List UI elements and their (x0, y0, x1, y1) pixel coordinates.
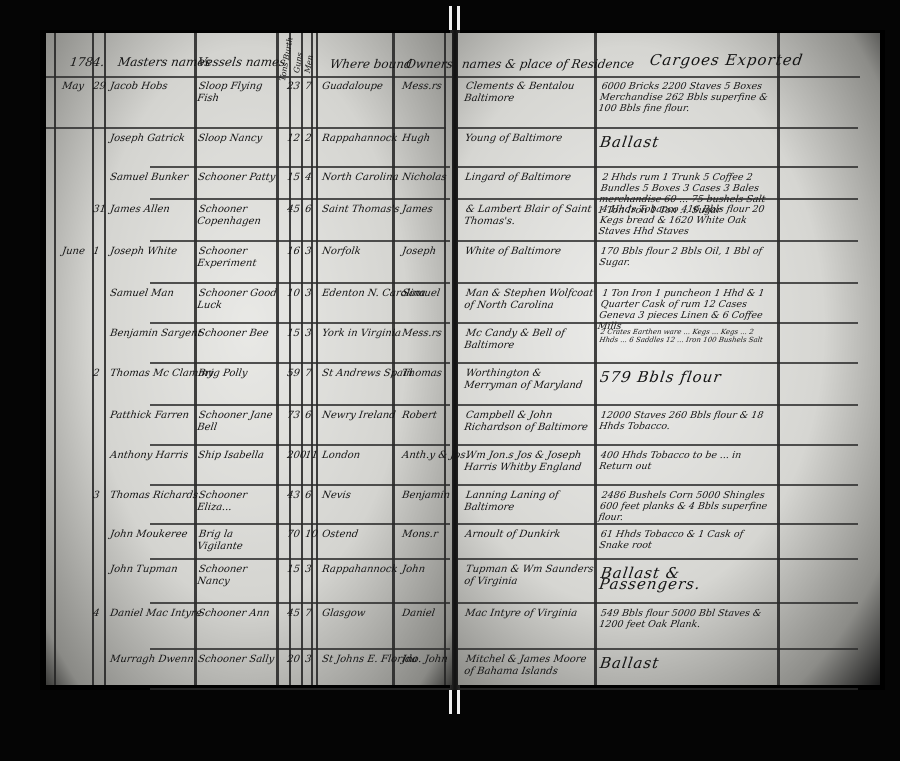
cell-bound: Ostend (321, 529, 403, 541)
cell-bound: York in Virginia (321, 328, 403, 340)
cell-men: 6 (304, 410, 316, 422)
cell-tons: 16 (286, 246, 302, 258)
cell-owner: Thomas (401, 368, 451, 380)
header-rule (46, 76, 452, 78)
row-rule (150, 558, 450, 560)
cell-day: 2 (92, 368, 106, 380)
cell-bound: Guadaloupe (321, 81, 403, 93)
rule-month (54, 33, 56, 685)
cell-vessel: Schooner Jane Bell (196, 410, 279, 434)
cell-bound: London (321, 450, 403, 462)
cell-residence: Lanning Laning of Baltimore (463, 490, 594, 514)
row-rule-right (458, 444, 858, 446)
rule-cargo (777, 33, 780, 685)
ledger-book (40, 30, 885, 690)
cell-residence: Man & Stephen Wolfcoat of North Carolina (463, 288, 594, 312)
cell-bound: Rappahannock (321, 133, 403, 145)
cell-day: 29 (92, 81, 106, 93)
cell-bound: St Johns E. Florida (321, 654, 403, 666)
cell-master: Murragh Dwenn (109, 654, 191, 666)
cell-bound: Glasgow (321, 608, 403, 620)
row-rule (150, 648, 450, 650)
row-rule-right (458, 558, 858, 560)
row-rule (150, 282, 450, 284)
row-rule-right (458, 166, 858, 168)
cell-vessel: Sloop Flying Fish (196, 81, 279, 105)
cell-owner: Jno. John (401, 654, 451, 666)
cell-cargo: 4 Hhds Tobacco 416 Bbls flour 20 Kegs br… (598, 204, 773, 237)
row-rule (150, 240, 450, 242)
cell-cargo: Ballast & Passengers. (598, 568, 771, 590)
cell-men: 3 (304, 246, 316, 258)
cell-men: 3 (304, 288, 316, 300)
cell-master: Thomas Mc Clammy (109, 368, 191, 380)
header-where-bound: Where bound (329, 58, 413, 70)
cell-tons: 200 (286, 450, 302, 462)
page-marker-top-1 (449, 6, 452, 32)
cell-tons: 10 (286, 288, 302, 300)
cell-residence: Clements & Bentalou Baltimore (463, 81, 594, 105)
cell-tons: 15 (286, 172, 302, 184)
cell-owner: Mons.r (401, 529, 451, 541)
cell-vessel: Schooner Good Luck (196, 288, 279, 312)
cell-cargo: Ballast (599, 658, 771, 669)
cell-vessel: Sloop Nancy (197, 133, 279, 145)
row-rule-right (458, 484, 858, 486)
header-vessels-names: Vessels names (197, 56, 286, 68)
rule-owner (444, 33, 446, 685)
cell-men: 11 (304, 450, 316, 462)
row-rule-right (458, 688, 858, 690)
header-owners: Owners (405, 58, 454, 70)
cell-master: James Allen (109, 204, 191, 216)
cell-owner: Anth.y & Jos. (401, 450, 451, 462)
header-year: 1784. (69, 56, 105, 68)
cell-residence: Tupman & Wm Saunders of Virginia (463, 564, 594, 588)
cell-residence: Mc Candy & Bell of Baltimore (463, 328, 594, 352)
cell-bound: North Carolina (321, 172, 403, 184)
cell-tons: 59 (286, 368, 302, 380)
cell-cargo: 170 Bbls flour 2 Bbls Oil, 1 Bbl of Suga… (598, 246, 771, 268)
cell-tons: 23 (286, 81, 302, 93)
row-rule (150, 523, 450, 525)
cell-bound: Norfolk (321, 246, 403, 258)
row-rule-right (458, 322, 858, 324)
cell-bound: St Andrews Spain (321, 368, 403, 380)
row-rule (46, 127, 446, 129)
cell-bound: Rappahannock (321, 564, 403, 576)
row-rule-right (458, 523, 858, 525)
cell-vessel: Schooner Nancy (196, 564, 279, 588)
cell-men: 7 (304, 81, 316, 93)
row-rule-right (458, 282, 858, 284)
cell-cargo: Ballast (599, 137, 771, 148)
cell-day: 1 (92, 246, 106, 258)
cell-cargo: 400 Hhds Tobacco to be ... in Return out (598, 450, 771, 472)
cell-day: 31 (92, 204, 106, 216)
cell-residence: White of Baltimore (464, 246, 594, 258)
cell-master: John Moukeree (109, 529, 191, 541)
cell-master: Daniel Mac Intyre (109, 608, 191, 620)
cell-cargo: 2 Crates Earthen ware ... Kegs ... Kegs … (599, 328, 771, 344)
rule-bound (392, 33, 395, 685)
cell-vessel: Schooner Patty (197, 172, 279, 184)
cell-owner: Benjamin (401, 490, 451, 502)
cell-residence: Arnoult of Dunkirk (464, 529, 594, 541)
cell-master: Samuel Man (109, 288, 191, 300)
cell-day: 3 (92, 490, 106, 502)
cell-men: 7 (304, 368, 316, 380)
cell-master: Benjamin Sargent (109, 328, 191, 340)
cell-tons: 73 (286, 410, 302, 422)
row-rule-right (458, 602, 858, 604)
row-rule-right (458, 648, 858, 650)
cell-vessel: Schooner Bee (197, 328, 279, 340)
cell-owner: Mess.rs (401, 328, 451, 340)
cell-residence: & Lambert Blair of Saint Thomas's. (463, 204, 594, 228)
cell-tons: 70 (286, 529, 302, 541)
row-rule-right (458, 198, 858, 200)
row-rule (150, 166, 450, 168)
cell-owner: Mess.rs (401, 81, 451, 93)
cell-vessel: Schooner Copenhagen (196, 204, 279, 228)
cell-month: May (61, 81, 93, 93)
row-rule-right (458, 362, 858, 364)
cell-vessel: Brig la Vigilante (196, 529, 279, 553)
cell-vessel: Schooner Ann (197, 608, 279, 620)
cell-master: Joseph White (109, 246, 191, 258)
cell-vessel: Schooner Experiment (196, 246, 279, 270)
cell-tons: 15 (286, 564, 302, 576)
cell-bound: Saint Thomas's (321, 204, 403, 216)
cell-owner: Joseph (401, 246, 451, 258)
cell-owner: Hugh (401, 133, 451, 145)
cell-tons: 43 (286, 490, 302, 502)
cell-cargo: 549 Bbls flour 5000 Bbl Staves & 1200 fe… (598, 608, 771, 630)
row-rule-right (458, 404, 858, 406)
cell-residence: Worthington & Merryman of Maryland (463, 368, 594, 392)
cell-master: Joseph Gatrick (109, 133, 191, 145)
cell-residence: Wm Jon.s Jos & Joseph Harris Whitby Engl… (463, 450, 594, 474)
rule-men2 (316, 33, 318, 685)
cell-men: 10 (304, 529, 316, 541)
cell-men: 7 (304, 608, 316, 620)
cell-tons: 15 (286, 328, 302, 340)
cell-month: June (61, 246, 93, 258)
row-rule (150, 362, 450, 364)
cell-vessel: Ship Isabella (197, 450, 279, 462)
cell-tons: 45 (286, 204, 302, 216)
cell-owner: James (401, 204, 451, 216)
cell-tons: 20 (286, 654, 302, 666)
cell-tons: 45 (286, 608, 302, 620)
cell-master: Jacob Hobs (109, 81, 191, 93)
cell-owner: John (401, 564, 451, 576)
cell-residence: Campbell & John Richardson of Baltimore (463, 410, 594, 434)
cell-cargo: 579 Bbls flour (599, 372, 771, 383)
cell-master: Patthick Farren (109, 410, 191, 422)
rule-day (92, 33, 94, 685)
row-rule (150, 322, 450, 324)
cell-bound: Edenton N. Carolina (321, 288, 403, 300)
cell-master: John Tupman (109, 564, 191, 576)
cell-men: 4 (304, 172, 316, 184)
cell-day: 4 (92, 608, 106, 620)
cell-vessel: Brig Polly (197, 368, 279, 380)
rule-day2 (104, 33, 106, 685)
row-rule-right (458, 240, 858, 242)
row-rule-right (458, 127, 858, 129)
rule-tons (289, 33, 291, 685)
cell-bound: Newry Ireland (321, 410, 403, 422)
row-rule (150, 484, 450, 486)
cell-bound: Nevis (321, 490, 403, 502)
page-marker-top-2 (457, 6, 460, 32)
cell-residence: Young of Baltimore (464, 133, 594, 145)
rule-residence (594, 33, 597, 685)
rule-guns (301, 33, 303, 685)
cell-tons: 12 (286, 133, 302, 145)
cell-owner: Robert (401, 410, 451, 422)
row-rule (150, 404, 450, 406)
cell-men: 3 (304, 654, 316, 666)
cell-cargo: 1 Ton Iron 1 puncheon 1 Hhd & 1 Quarter … (597, 288, 773, 332)
row-rule (150, 688, 450, 690)
header-rule-right (458, 76, 860, 78)
header-names-residence: names & place of Residence (461, 58, 635, 70)
row-rule (150, 198, 450, 200)
row-rule (150, 602, 450, 604)
cell-men: 2 (304, 133, 316, 145)
cell-owner: Samuel (401, 288, 451, 300)
cell-owner: Daniel (401, 608, 451, 620)
cell-master: Anthony Harris (109, 450, 191, 462)
cell-men: 6 (304, 490, 316, 502)
cell-cargo: 6000 Bricks 2200 Staves 5 Boxes Merchand… (598, 81, 773, 114)
cell-vessel: Schooner Sally (197, 654, 279, 666)
rule-men (311, 33, 313, 685)
cell-men: 6 (304, 204, 316, 216)
cell-cargo: 61 Hhds Tobacco & 1 Cask of Snake root (598, 529, 771, 551)
cell-residence: Mac Intyre of Virginia (464, 608, 594, 620)
cell-men: 3 (304, 564, 316, 576)
cell-cargo: 12000 Staves 260 Bbls flour & 18 Hhds To… (598, 410, 771, 432)
cell-residence: Lingard of Baltimore (464, 172, 594, 184)
cell-master: Thomas Richards (109, 490, 191, 502)
cell-cargo: 2486 Bushels Corn 5000 Shingles 600 feet… (598, 490, 773, 523)
cell-residence: Mitchel & James Moore of Bahama Islands (463, 654, 594, 678)
cell-men: 3 (304, 328, 316, 340)
row-rule (150, 444, 450, 446)
cell-master: Samuel Bunker (109, 172, 191, 184)
header-cargoes-exported: Cargoes Exported (649, 54, 804, 66)
cell-vessel: Schooner Eliza... (196, 490, 279, 514)
cell-owner: Nicholas (401, 172, 451, 184)
